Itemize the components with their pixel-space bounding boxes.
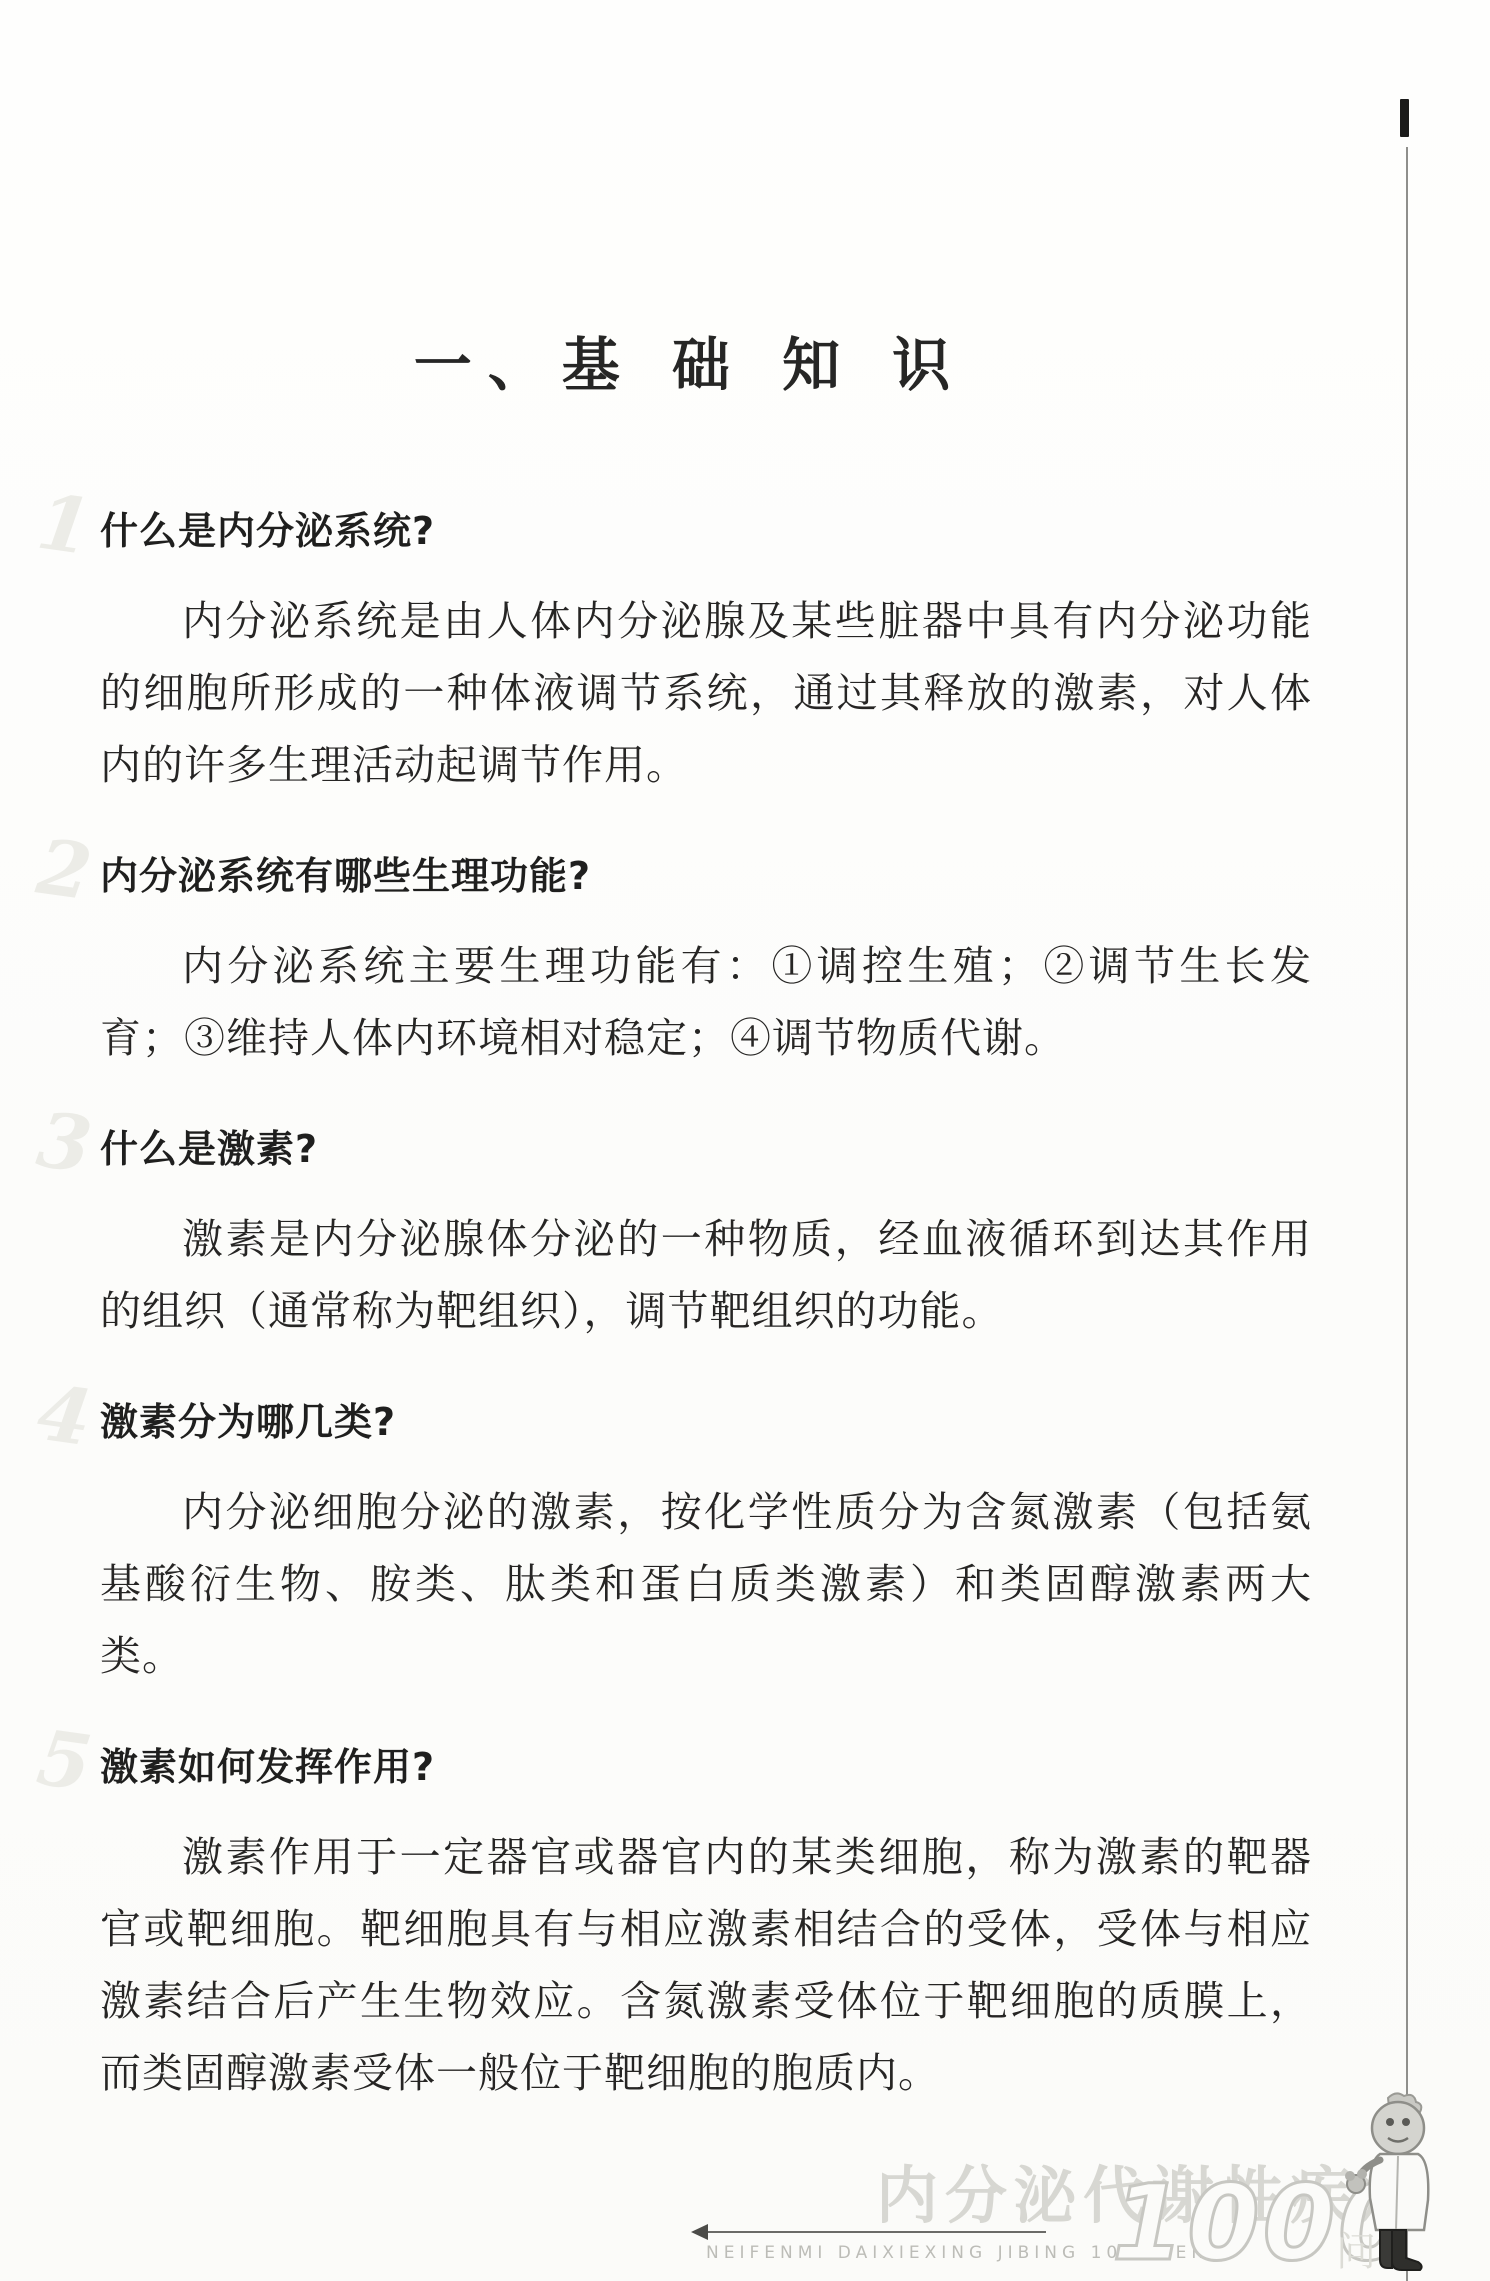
- question-number-watermark: 5: [32, 1713, 97, 1808]
- question-heading: 什么是内分泌系统?: [100, 500, 1312, 555]
- answer-paragraph: 内分泌细胞分泌的激素，按化学性质分为含氮激素（包括氨基酸衍生物、胺类、肽类和蛋白…: [100, 1476, 1312, 1692]
- question-heading: 什么是激素?: [100, 1118, 1312, 1173]
- answer-paragraph: 激素是内分泌腺体分泌的一种物质，经血液循环到达其作用的组织（通常称为靶组织），调…: [100, 1203, 1312, 1347]
- question-number-watermark: 1: [32, 477, 97, 572]
- question-number-watermark: 4: [32, 1368, 97, 1463]
- question-number-watermark: 2: [32, 822, 97, 917]
- qa-block-4: 4 激素分为哪几类? 内分泌细胞分泌的激素，按化学性质分为含氮激素（包括氨基酸衍…: [100, 1391, 1312, 1692]
- question-heading: 激素如何发挥作用?: [100, 1736, 1312, 1791]
- frog-doctor-cartoon-icon: [1336, 2090, 1456, 2278]
- book-page: 一、基 础 知 识 1 什么是内分泌系统? 内分泌系统是由人体内分泌腺及某些脏器…: [0, 0, 1490, 2281]
- question-heading: 内分泌系统有哪些生理功能?: [100, 845, 1312, 900]
- question-heading: 激素分为哪几类?: [100, 1391, 1312, 1446]
- answer-paragraph: 内分泌系统主要生理功能有：①调控生殖；②调节生长发育；③维持人体内环境相对稳定；…: [100, 930, 1312, 1074]
- chapter-title: 一、基 础 知 识: [0, 318, 1380, 402]
- qa-block-1: 1 什么是内分泌系统? 内分泌系统是由人体内分泌腺及某些脏器中具有内分泌功能的细…: [100, 500, 1312, 801]
- left-arrow-icon: [700, 2231, 1046, 2233]
- qa-block-2: 2 内分泌系统有哪些生理功能? 内分泌系统主要生理功能有：①调控生殖；②调节生长…: [100, 845, 1312, 1074]
- question-number-watermark: 3: [32, 1095, 97, 1190]
- answer-paragraph: 内分泌系统是由人体内分泌腺及某些脏器中具有内分泌功能的细胞所形成的一种体液调节系…: [100, 585, 1312, 801]
- right-margin-rule: [1406, 147, 1408, 2281]
- qa-block-3: 3 什么是激素? 激素是内分泌腺体分泌的一种物质，经血液循环到达其作用的组织（通…: [100, 1118, 1312, 1347]
- qa-content: 1 什么是内分泌系统? 内分泌系统是由人体内分泌腺及某些脏器中具有内分泌功能的细…: [100, 500, 1312, 2153]
- answer-paragraph: 激素作用于一定器官或器官内的某类细胞，称为激素的靶器官或靶细胞。靶细胞具有与相应…: [100, 1821, 1312, 2109]
- qa-block-5: 5 激素如何发挥作用? 激素作用于一定器官或器官内的某类细胞，称为激素的靶器官或…: [100, 1736, 1312, 2109]
- page-edge-tick-mark: [1400, 99, 1409, 137]
